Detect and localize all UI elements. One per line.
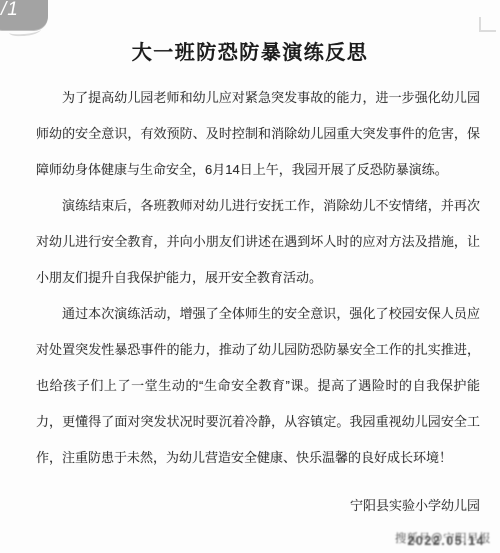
paragraph-drill-purpose: 为了提高幼儿园老师和幼儿应对紧急突发事故的能力，进一步强化幼儿园师幼的安全意识，… — [36, 80, 480, 188]
watermark-account-label: 搜狐号@宁阳早报 — [395, 530, 491, 546]
paragraph-drill-results: 通过本次演练活动，增强了全体师生的安全意识，强化了校园安保人员应对处置突发性暴恐… — [36, 296, 480, 476]
page-number-label: /1 — [1, 0, 19, 20]
paragraph-after-drill: 演练结束后，各班教师对幼儿进行安抚工作，消除幼儿不安情绪，并再次对幼儿进行安全教… — [36, 188, 480, 296]
document-page: /1 大一班防恐防暴演练反思 为了提高幼儿园老师和幼儿应对紧急突发事故的能力，进… — [0, 0, 500, 553]
document-title: 大一班防恐防暴演练反思 — [0, 36, 500, 65]
document-body: 为了提高幼儿园老师和幼儿应对紧急突发事故的能力，进一步强化幼儿园师幼的安全意识，… — [36, 80, 480, 524]
signature-school-name: 宁阳县实验小学幼儿园 — [36, 488, 480, 524]
crop-corner-icon — [479, 17, 496, 32]
repost-watermark: 2022.05.14 搜狐号@宁阳早报 — [371, 529, 491, 551]
